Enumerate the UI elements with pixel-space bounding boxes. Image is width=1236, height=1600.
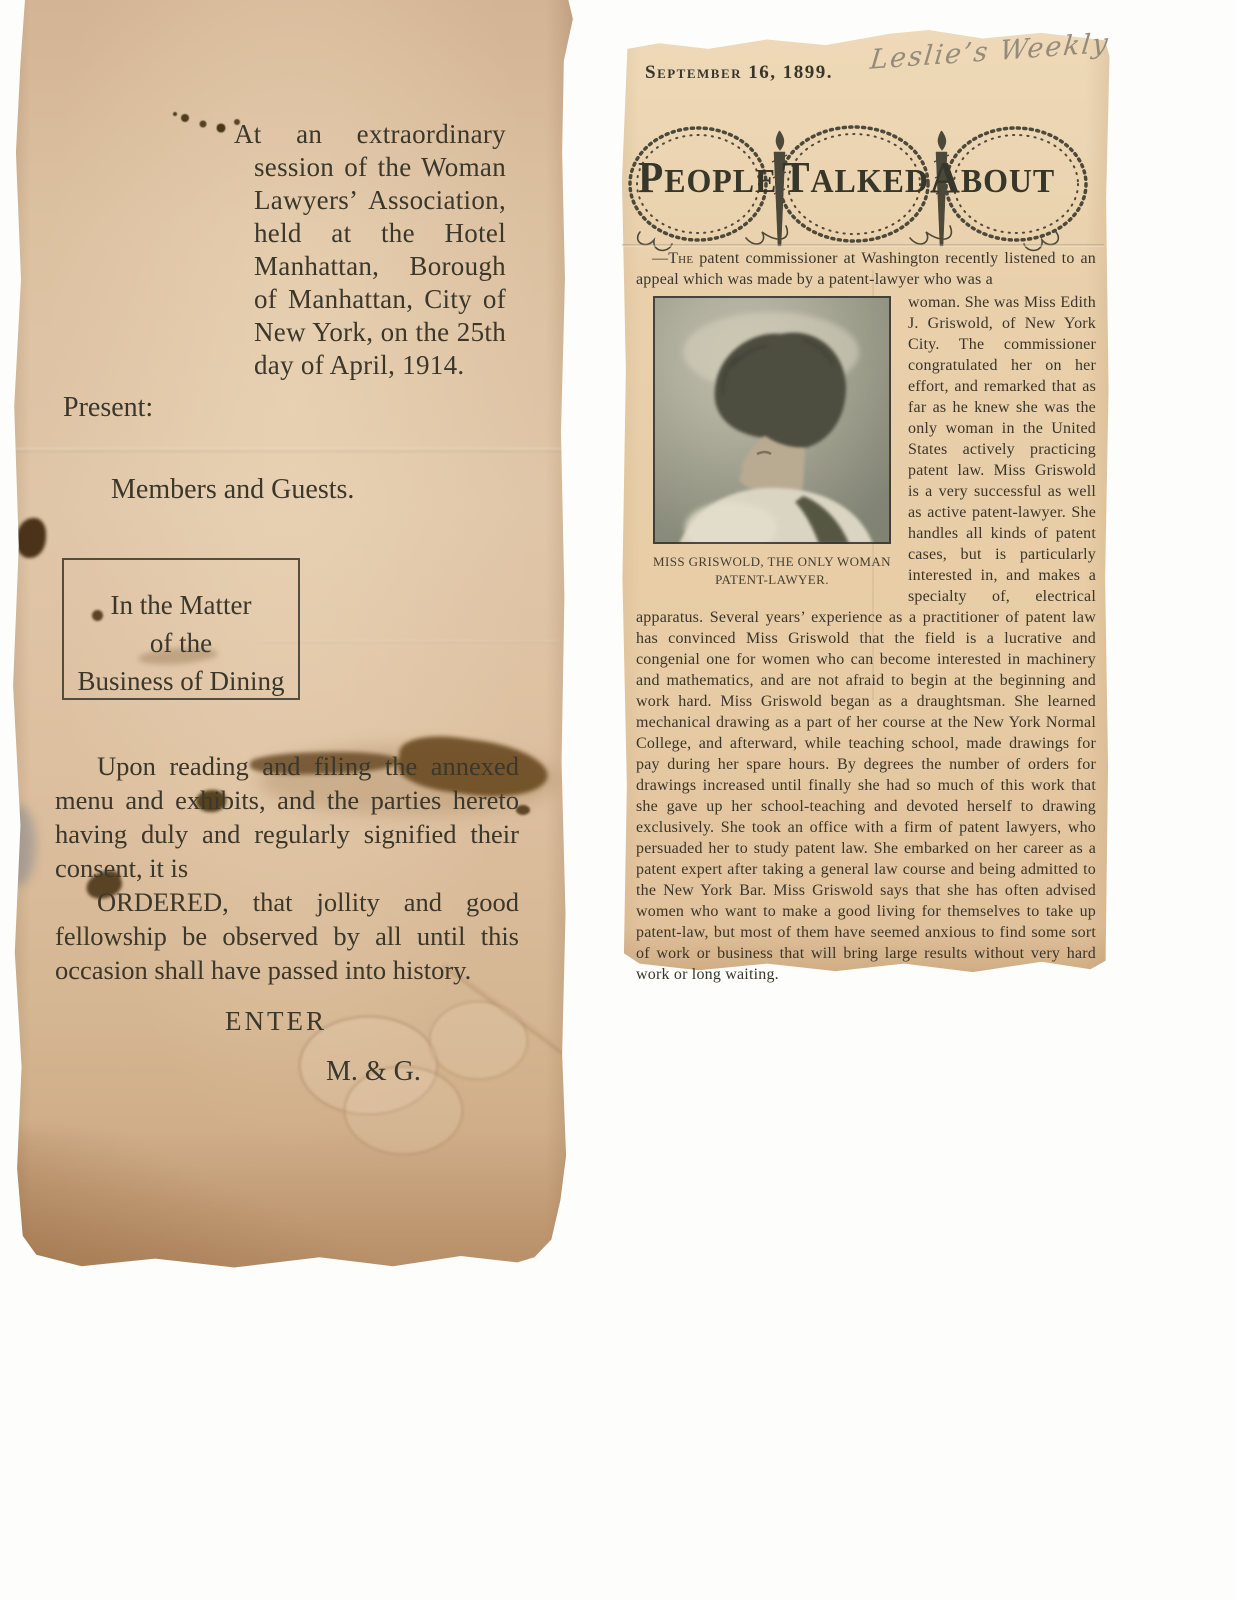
water-ring xyxy=(428,1000,529,1081)
caption-box-line: Business of Dining xyxy=(64,662,298,700)
order-paragraph-1: Upon reading and filing the annexed menu… xyxy=(55,749,519,885)
order-text: Upon reading and filing the annexed menu… xyxy=(55,749,519,987)
masthead-word-people: PEOPLE xyxy=(638,152,777,203)
order-paragraph-2: ORDERED, that jollity and good fellowshi… xyxy=(55,885,519,987)
caption-box-line: In the Matter xyxy=(64,586,298,624)
caption-box-line: of the xyxy=(64,624,298,662)
portrait-photo-block: MISS GRISWOLD, THE ONLY WOMAN PATENT-LAW… xyxy=(648,296,896,589)
attendees-line: Members and Guests. xyxy=(111,474,354,506)
enter-label: ENTER xyxy=(225,1006,327,1037)
portrait-photo-illustration xyxy=(653,296,891,544)
photo-caption: MISS GRISWOLD, THE ONLY WOMAN PATENT-LAW… xyxy=(648,553,896,589)
present-label: Present: xyxy=(63,392,153,424)
masthead-word-about: ABOUT xyxy=(930,152,1055,203)
article: —The patent commissioner at Washington r… xyxy=(636,248,1096,985)
menu-card: At an extraordinary session of the Woman… xyxy=(8,0,574,1270)
scanned-documents-photo: At an extraordinary session of the Woman… xyxy=(0,0,1236,1600)
paper-stain xyxy=(16,518,46,558)
article-lead: —The patent commissioner at Washington r… xyxy=(636,248,1096,290)
masthead-word-talked: TALKED xyxy=(782,152,929,203)
session-opening-paragraph: At an extraordinary session of the Woman… xyxy=(254,118,506,382)
portrait-photo xyxy=(653,296,891,544)
paper-stain xyxy=(2,805,36,885)
crease-line xyxy=(8,448,574,452)
paper-stain xyxy=(8,1130,368,1270)
crease-line xyxy=(258,640,558,643)
legal-caption-box: In the Matter of the Business of Dining xyxy=(62,558,300,700)
initials-signature: M. & G. xyxy=(326,1056,421,1088)
lead-prefix: —The xyxy=(652,250,693,267)
paper-stain xyxy=(173,112,177,116)
fold-crease xyxy=(622,244,1104,247)
photo-caption-line: MISS GRISWOLD, THE ONLY WOMAN xyxy=(648,553,896,571)
photo-caption-line: PATENT-LAWYER. xyxy=(648,571,896,589)
newspaper-clipping: September 16, 1899. Leslie’s Weekly xyxy=(620,30,1110,974)
dateline: September 16, 1899. xyxy=(645,62,833,84)
lead-text: patent commissioner at Washington recent… xyxy=(636,250,1096,288)
